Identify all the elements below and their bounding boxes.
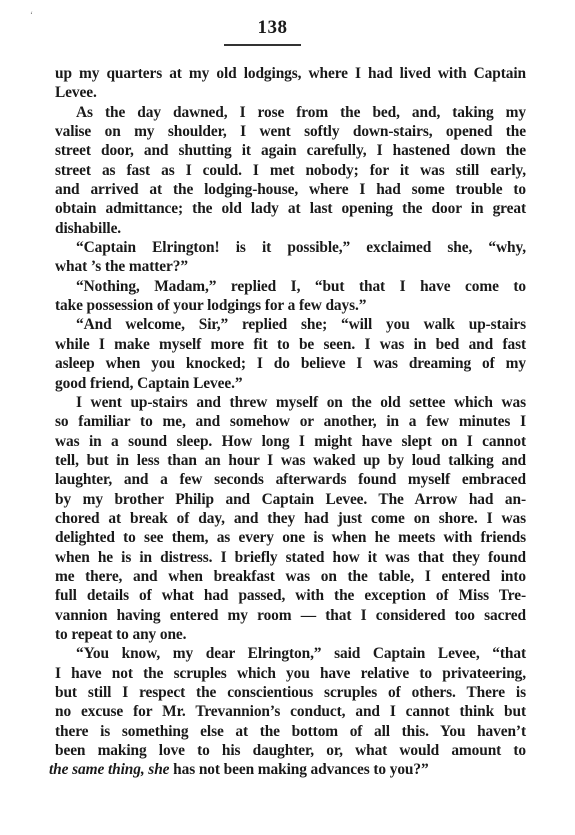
text-line: but still I respect the conscientious sc… [55, 683, 526, 702]
body-text: up my quarters at my old lodgings, where… [55, 64, 526, 780]
text-line: “Captain Elrington! is it possible,” exc… [55, 238, 526, 257]
text-line: delighted to see them, as every one is w… [55, 528, 526, 547]
text-line: As the day dawned, I rose from the bed, … [55, 103, 526, 122]
text-line: so familiar to me, and somehow or anothe… [55, 412, 526, 431]
text-line: and arrived at the lodging-house, where … [55, 180, 526, 199]
text-line-final: the same thing, she has not been making … [49, 760, 526, 779]
text-line: me there, and when breakfast was on the … [55, 567, 526, 586]
text-line: been making love to his daughter, or, wh… [55, 741, 526, 760]
text-line: valise on my shoulder, I went softly dow… [55, 122, 526, 141]
italic-phrase: the same thing, she [49, 761, 169, 778]
text-line: full details of what had passed, with th… [55, 586, 526, 605]
text-line: “You know, my dear Elrington,” said Capt… [55, 644, 526, 663]
text-line: tell, but in less than an hour I was wak… [55, 451, 526, 470]
text-line: obtain admittance; the old lady at last … [55, 199, 526, 218]
text-line: by my brother Philip and Captain Levee. … [55, 490, 526, 509]
final-line-rest: has not been making advances to you?” [169, 761, 428, 778]
text-line: “And welcome, Sir,” replied she; “will y… [55, 315, 526, 334]
text-line: what ’s the matter?” [55, 257, 526, 276]
text-line: there is something else at the bottom of… [55, 722, 526, 741]
page-number: 138 [0, 17, 545, 39]
text-line: “Nothing, Madam,” replied I, “but that I… [55, 277, 526, 296]
text-line: I went up-stairs and threw myself on the… [55, 393, 526, 412]
text-line: chored at break of day, and they had jus… [55, 509, 526, 528]
text-line: to repeat to any one. [55, 625, 526, 644]
text-line: no excuse for Mr. Trevannion’s conduct, … [55, 702, 526, 721]
text-line: I have not the scruples which you have r… [55, 664, 526, 683]
text-line: when he is in distress. I briefly stated… [55, 548, 526, 567]
text-line: Levee. [55, 83, 526, 102]
text-line: asleep when you knocked; I do believe I … [55, 354, 526, 373]
page-number-rule [224, 44, 301, 46]
text-line: take possession of your lodgings for a f… [55, 296, 526, 315]
text-line: while I make myself more fit to be seen.… [55, 335, 526, 354]
text-line: up my quarters at my old lodgings, where… [55, 64, 526, 83]
text-line: was in a sound sleep. How long I might h… [55, 432, 526, 451]
text-line: good friend, Captain Levee.” [55, 374, 526, 393]
text-line: street door, and shutting it again caref… [55, 141, 526, 160]
text-line: dishabille. [55, 219, 526, 238]
text-line: street as fast as I could. I met nobody;… [55, 161, 526, 180]
text-line: vannion having entered my room — that I … [55, 606, 526, 625]
text-line: laughter, and a few seconds afterwards f… [55, 470, 526, 489]
